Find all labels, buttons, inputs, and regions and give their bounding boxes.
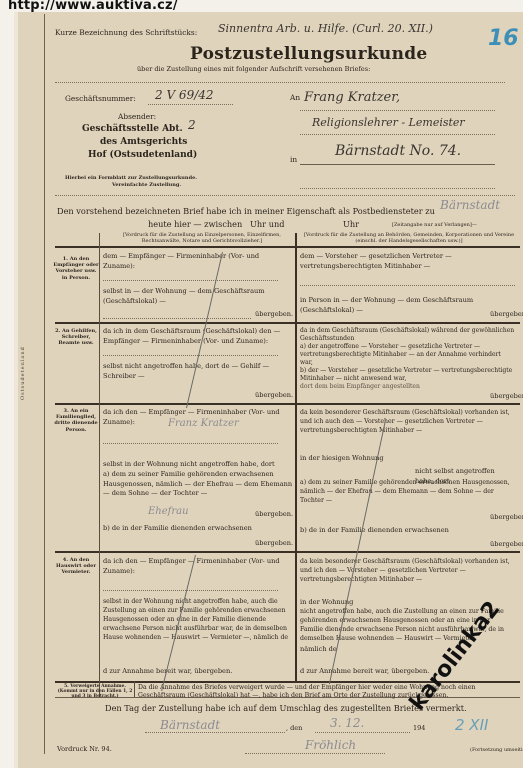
left-column-header: [Vordruck für die Zustellung an Einzelpe… xyxy=(112,232,292,244)
sender-note2: Vereinfachte Zustellung. xyxy=(112,182,181,188)
fill-line xyxy=(300,285,515,286)
footer-date: 3. 12. xyxy=(330,716,364,730)
divider xyxy=(300,188,495,189)
fill-line xyxy=(103,318,251,319)
time-note: [Zeitangabe nur auf Verlangen]— xyxy=(392,222,477,228)
row2-right-text4: dort dem beim Empfänger angestellten xyxy=(300,383,515,391)
row4-right-text4: nämlich de xyxy=(300,645,515,655)
declaration-today: heute hier — zwischen xyxy=(148,219,242,229)
row2-right-text2: a) der angetroffene — Vorsteher — gesetz… xyxy=(300,343,515,367)
row2-right-text3: b) der — Vorsteher — gesetzliche Vertret… xyxy=(300,367,515,383)
recipient-place: Bärnstadt No. 74. xyxy=(335,143,461,159)
fill-line xyxy=(145,732,285,733)
divider xyxy=(148,104,233,105)
sender-dept-handwritten: 2 xyxy=(188,118,196,132)
fill-line xyxy=(315,732,410,733)
sender-line3: Hof (Ostsudetenland) xyxy=(88,150,197,160)
row1-right-handed-over: übergeben. xyxy=(490,310,523,320)
divider xyxy=(300,134,495,135)
file-number-value: 2 V 69/42 xyxy=(155,88,214,102)
fill-line xyxy=(103,355,278,356)
row4-left-text2: selbst in der Wohnung nicht angetroffen … xyxy=(103,597,293,642)
row1-right-text2: in Person in — der Wohnung — dem Geschäf… xyxy=(300,296,515,315)
row-border xyxy=(55,403,520,405)
row2-right-text1: da in dem Geschäftsraum (Geschäftslokal)… xyxy=(300,327,515,343)
row2-right-handed-over: übergeben. xyxy=(490,392,523,402)
fill-line xyxy=(103,280,278,281)
margin-vertical-text: Ostsudetenland xyxy=(20,346,26,400)
declaration-line1: Den vorstehend bezeichneten Brief habe i… xyxy=(57,206,435,216)
divider xyxy=(300,164,495,165)
continued-note: (Fortsetzung umseitig) xyxy=(470,747,523,753)
declaration-uhr2: Uhr xyxy=(343,219,359,229)
declaration-place: Bärnstadt xyxy=(440,198,500,212)
row3-right-text5: b) de in der Familie dienenden erwachsen… xyxy=(300,526,515,536)
row-border xyxy=(55,551,520,553)
an-label: An xyxy=(290,93,300,102)
row-label-2: 2. An Gehilfen, Schreiber, Beamte usw. xyxy=(53,328,99,347)
row1-right-text1: dem — Vorsteher — gesetzlichen Vertreter… xyxy=(300,252,515,271)
label-column-divider xyxy=(99,233,100,697)
margin-line xyxy=(44,14,45,754)
recipient-name: Frang Kratzer, xyxy=(304,90,400,105)
row1-left-handed-over: übergeben. xyxy=(255,310,293,320)
row3-handwritten-name: Franz Kratzer xyxy=(168,418,239,429)
page-number-blue: 16 xyxy=(488,26,519,51)
divider xyxy=(55,195,515,196)
row4-left-text1: da ich den — Empfänger — Firmeninhaber (… xyxy=(103,557,293,576)
in-label: in xyxy=(290,155,297,164)
row3-left-handed-over-b: übergeben. xyxy=(255,539,293,549)
signature-line xyxy=(245,753,385,754)
row3-right-handed-over-a: übergeben. xyxy=(490,513,523,523)
row3-left-text2: selbst in der Wohnung nicht angetroffen … xyxy=(103,460,293,470)
recipient-occupation: Religionslehrer - Lemeister xyxy=(312,116,465,129)
row2-left-text2: selbst nicht angetroffen habe, dort de —… xyxy=(103,362,293,381)
fill-line xyxy=(103,590,278,591)
row5-divider xyxy=(134,681,135,697)
row3-left-text3: a) dem zu seiner Familie gehörenden erwa… xyxy=(103,470,293,499)
row3-right-text1: da kein besonderer Geschäftsraum (Geschä… xyxy=(300,408,515,435)
row3-left-handed-over-a: übergeben. xyxy=(255,510,293,520)
row-label-1: 1. An den Empfänger oder Vorsteher usw. … xyxy=(53,256,99,281)
row4-right-text1: da kein besonderer Geschäftsraum (Geschä… xyxy=(300,557,515,584)
footer-year: 194 xyxy=(413,724,425,732)
row1-left-text2: selbst in — der Wohnung — dem Geschäftsr… xyxy=(103,287,293,306)
divider xyxy=(300,110,495,111)
footer-signature: Fröhlich xyxy=(305,738,356,752)
row2-left-text1: da ich in dem Geschäftsraum (Geschäftslo… xyxy=(103,327,293,346)
sender-line2: des Amtsgerichts xyxy=(100,137,187,147)
center-column-divider xyxy=(295,233,297,682)
absender-label: Absender: xyxy=(118,112,156,121)
row-border xyxy=(55,322,520,324)
sender-line1: Geschäftsstelle Abt. xyxy=(82,124,183,134)
row4-left-text3: d zur Annahme bereit war, übergeben. xyxy=(103,667,293,677)
row-label-4: 4. An den Hauswirt oder Vermieter. xyxy=(53,557,99,576)
row3-right-text2: in der hiesigen Wohnung xyxy=(300,454,515,464)
row-label-3: 3. An ein Familienglied, dritte dienende… xyxy=(53,408,99,433)
short-label: Kurze Bezeichnung des Schriftstücks: xyxy=(55,28,197,37)
watermark-url: http://www.auktiva.cz/ xyxy=(8,0,178,13)
subtitle: über die Zustellung eines mit folgender … xyxy=(137,65,370,73)
row3-left-text4: b) de in der Familie dienenden erwachsen… xyxy=(103,524,293,534)
short-value-handwritten: Sinnentra Arb. u. Hilfe. (Curl. 20. XII.… xyxy=(218,22,433,35)
row5-refused-text: Da die Annahme des Briefes verweigert wu… xyxy=(138,684,518,699)
form-number: Vordruck Nr. 94. xyxy=(57,745,112,753)
row2-left-handed-over: übergeben. xyxy=(255,391,293,401)
sender-note1: Hierbei ein Formblatt zur Zustellungsurk… xyxy=(65,175,197,181)
declaration-uhr1: Uhr und xyxy=(250,219,284,229)
row3-right-handed-over-b: übergeben. xyxy=(490,540,523,550)
fill-line xyxy=(103,443,278,444)
row3-right-text4: a) dem zu seiner Familie gehörenden erwa… xyxy=(300,478,515,505)
row-label-5: 5. Verweigerte Annahme. (Kommt nur in de… xyxy=(56,684,134,699)
right-column-header: [Vordruck für die Zustellung an Behörden… xyxy=(300,232,518,244)
page-title: Postzustellungsurkunde xyxy=(190,44,428,64)
footer-den-label: , den xyxy=(286,724,302,732)
file-number-label: Geschäftsnummer: xyxy=(65,94,136,103)
table-top-border xyxy=(55,246,520,248)
row3-handwritten-relation: Ehefrau xyxy=(148,506,189,517)
row1-left-text1: dem — Empfänger — Firmeninhaber (Vor- un… xyxy=(103,252,293,271)
footer-place: Bärnstadt xyxy=(160,718,220,732)
footer-blue-note: 2 XII xyxy=(455,716,488,734)
divider xyxy=(55,82,505,83)
